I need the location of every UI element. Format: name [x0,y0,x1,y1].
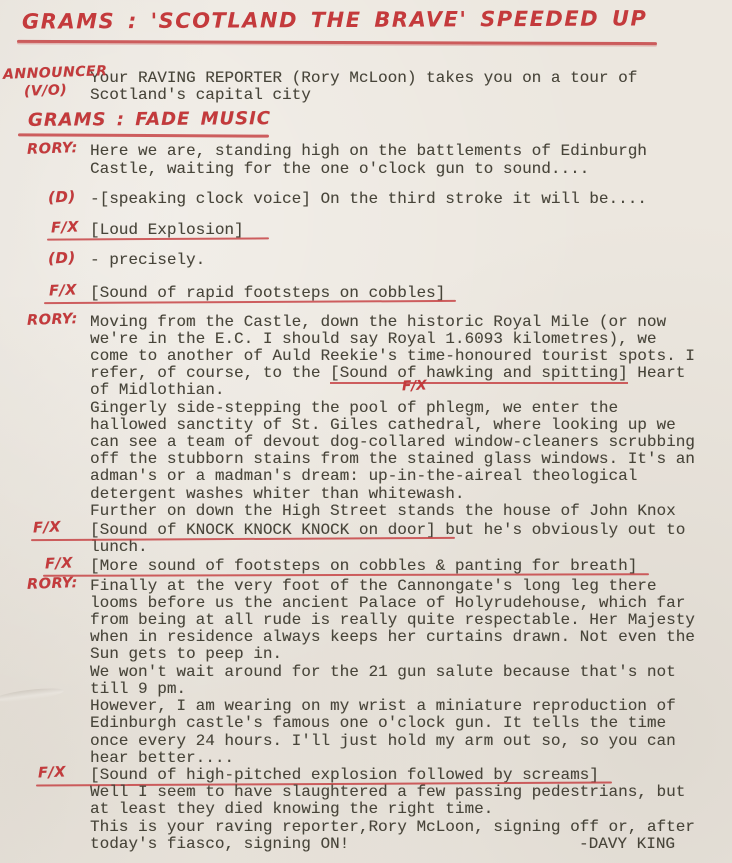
grams-fade: GRAMS : FADE MUSIC [0,111,732,138]
typed-line: hear better.... [90,750,732,767]
typed-line: lunch. [90,539,732,556]
grams-fade-hand-text: GRAMS : FADE MUSIC [28,111,271,130]
fx-rapid-footsteps-speaker-label: F/X [49,284,77,300]
script-page: GRAMS : 'SCOTLAND THE BRAVE' SPEEDED UP … [0,0,732,863]
typed-line: Your RAVING REPORTER (Rory McLoon) takes… [90,70,732,87]
rory-3-speaker-label: RORY: [27,576,78,593]
d-1-speaker-label: (D) [48,189,76,205]
typed-line: Finally at the very foot of the Cannonga… [90,578,732,595]
typed-line: looms before us the ancient Palace of Ho… [90,595,732,612]
d-2-speaker-label: (D) [48,251,76,267]
typed-line: -[speaking clock voice] On the third str… [90,191,732,208]
author-signature: -DAVY KING [579,835,675,853]
typed-line: Castle, waiting for the one o'clock gun … [90,161,732,178]
fx-loud-explosion-underline [47,237,269,240]
typed-line: come to another of Auld Reekie's time-ho… [90,348,732,365]
typed-line: Here we are, standing high on the battle… [90,143,732,160]
rory-2: RORY:Moving from the Castle, down the hi… [0,314,732,520]
typed-line: from being at all rude is really quite r… [90,612,732,629]
typed-line: [Loud Explosion] [90,222,732,239]
typed-line: Scotland's capital city [90,87,732,104]
fx-rapid-footsteps: F/X[Sound of rapid footsteps on cobbles] [0,285,732,302]
fx-knock-speaker-label: F/X [33,521,61,537]
typed-segment: Heart [628,364,686,382]
announcer-intro-speaker-label: (V/O) [24,83,68,99]
fx-high-pitched-speaker-label: F/X [38,765,66,781]
grams-title: GRAMS : 'SCOTLAND THE BRAVE' SPEEDED UP [22,6,647,33]
d-2: (D)- precisely. [0,252,732,269]
typed-line: We won't wait around for the 21 gun salu… [90,664,732,681]
typed-line: off the stubborn stains from the stained… [90,451,732,468]
typed-line: [Sound of high-pitched explosion followe… [90,767,732,784]
fx-loud-explosion: F/X[Loud Explosion] [0,222,732,239]
rory-2-speaker-label: RORY: [27,312,78,329]
typed-line: Gingerly side-stepping the pool of phleg… [90,400,732,417]
typed-line: Moving from the Castle, down the histori… [90,314,732,331]
typed-line: Well I seem to have slaughtered a few pa… [90,784,732,801]
typed-line: detergent washes whiter than whitewash. [90,486,732,503]
fx-loud-explosion-speaker-label: F/X [51,221,79,237]
typed-line: refer, of course, to the [Sound of hawki… [90,365,732,382]
announcer-intro: ANNOUNCER(V/O)Your RAVING REPORTER (Rory… [0,70,732,104]
fx-more-footsteps-speaker-label: F/X [45,557,73,573]
typed-line: - precisely. [90,252,732,269]
typed-line: Further on down the High Street stands t… [90,503,732,520]
grams-fade-underline [18,134,269,138]
d-1: (D)-[speaking clock voice] On the third … [0,191,732,208]
fx-knock: F/X[Sound of KNOCK KNOCK KNOCK on door] … [0,522,732,556]
typed-line: we're in the E.C. I should say Royal 1.6… [90,331,732,348]
fx-more-footsteps: F/X[More sound of footsteps on cobbles &… [0,558,732,575]
title-row: GRAMS : 'SCOTLAND THE BRAVE' SPEEDED UP [0,8,732,48]
rory-1: RORY:Here we are, standing high on the b… [0,143,732,177]
typed-line: Edinburgh castle's famous one o'clock gu… [90,715,732,732]
typed-segment: refer, of course, to the [90,364,330,382]
typed-line: till 9 pm. [90,681,732,698]
typed-line: However, I am wearing on my wrist a mini… [90,698,732,715]
typed-line: adman's or a madman's dream: up-in-the-a… [90,468,732,485]
rory-3: RORY:Finally at the very foot of the Can… [0,578,732,767]
typed-line: Sun gets to peep in. [90,646,732,663]
fx-high-pitched: F/X[Sound of high-pitched explosion foll… [0,767,732,784]
typed-line: at least they died knowing the right tim… [90,801,732,818]
typed-line: hallowed sanctity of St. Giles cathedral… [90,417,732,434]
typed-line: can see a team of devout dog-collared wi… [90,434,732,451]
typed-line: once every 24 hours. I'll just hold my a… [90,733,732,750]
script-body: ANNOUNCER(V/O)Your RAVING REPORTER (Rory… [0,70,732,853]
fx-note-label: F/X [402,380,427,394]
title-underline [17,40,657,45]
rory-1-speaker-label: RORY: [27,142,78,159]
typed-line: This is your raving reporter,Rory McLoon… [90,819,732,836]
underlined-fx-segment: [Sound of hawking and spitting]F/X [330,364,628,384]
typed-line: when in residence always keeps her curta… [90,629,732,646]
